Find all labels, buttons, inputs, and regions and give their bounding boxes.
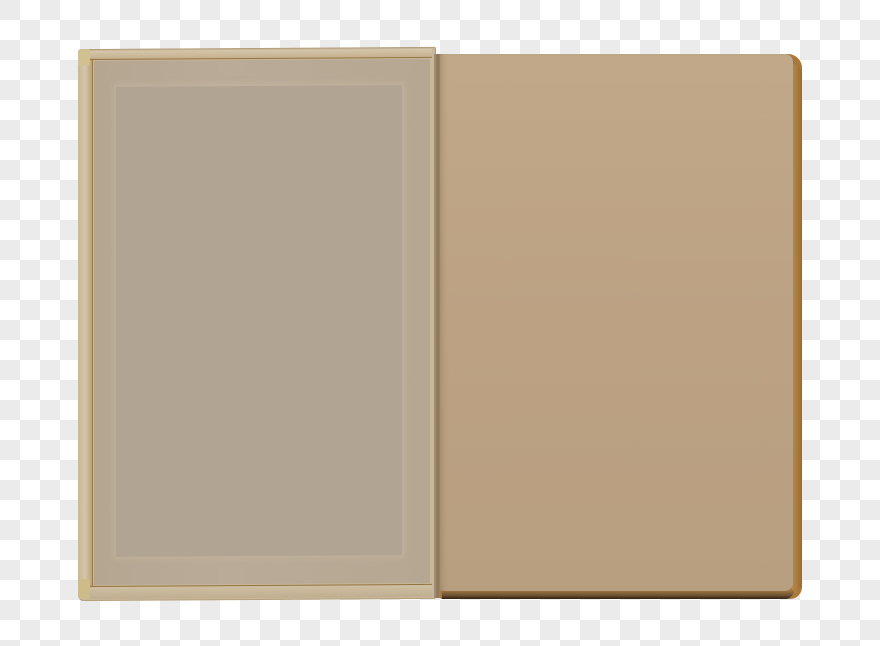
corner-wear-top-left (78, 49, 90, 65)
page-stack-fore-edge (792, 64, 802, 593)
left-inside-cover (78, 47, 436, 601)
corner-wear-bottom-left (78, 579, 90, 599)
left-pastedown (94, 59, 430, 585)
scene (0, 0, 880, 646)
right-page-block (440, 54, 802, 599)
right-blank-page (440, 54, 793, 591)
left-pastedown-panel (116, 85, 402, 557)
left-cover-bottom-edge (84, 584, 432, 599)
left-cover-edge (78, 53, 93, 595)
page-stack-bottom-edge (442, 590, 794, 599)
